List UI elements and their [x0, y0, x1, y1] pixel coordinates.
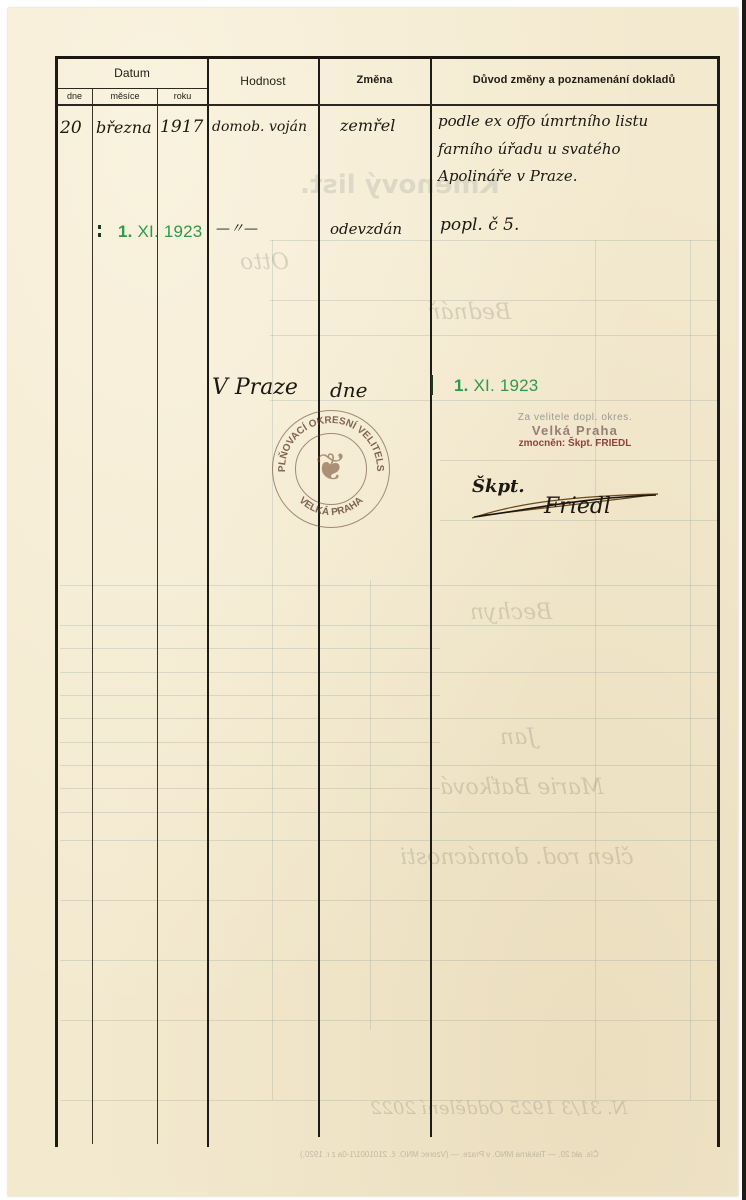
divider-zmena-duvod: [430, 57, 432, 1137]
row1-mesice: března: [96, 118, 152, 137]
officer-stamp-line2: Velká Praha: [500, 423, 650, 438]
closing-dne: dne: [330, 378, 368, 402]
row2-duvod: popl. č 5.: [440, 215, 519, 235]
stamp-day: 1.: [118, 222, 133, 241]
table-right-border: [717, 57, 720, 1147]
officer-stamp-line1: Za velitele dopl. okres.: [500, 412, 650, 423]
stamp-mark: [98, 225, 101, 229]
stamp-mark: [431, 375, 433, 395]
row2-zmena: odevzdán: [330, 220, 402, 238]
stamp-month: XI.: [138, 222, 159, 241]
stamp-month: XI.: [474, 376, 495, 395]
row1-duvod-line2: farního úřadu u svatého: [438, 140, 621, 158]
datum-subheader-divider: [57, 88, 207, 89]
divider-roku-hodnost: [207, 57, 209, 1147]
stamp-mark: [98, 233, 101, 237]
stamp-year: 1923: [164, 222, 203, 241]
header-duvod: Důvod změny a poznamenání dokladů: [431, 74, 717, 86]
lion-emblem-icon: ❦: [303, 439, 359, 497]
official-seal: DOPLŇOVACÍ OKRESNÍ VELITELSTVÍ VELKÁ PRA…: [272, 410, 390, 528]
header-roku: roku: [158, 91, 207, 101]
divider-dne-mesice: [92, 88, 93, 1144]
header-bottom-border: [57, 104, 718, 106]
stamp-year: 1923: [500, 376, 539, 395]
scan-edge: [742, 0, 746, 1200]
row1-duvod-line3: Apolináře v Praze.: [438, 167, 577, 185]
officer-stamp-line3: zmocněn: Škpt. FRIEDL: [500, 438, 650, 449]
header-datum: Datum: [57, 66, 207, 80]
header-hodnost: Hodnost: [208, 74, 318, 88]
table-left-border: [55, 57, 58, 1147]
divider-hodnost-zmena: [318, 57, 320, 1137]
stamp-day: 1.: [454, 376, 469, 395]
closing-date-stamp: 1. XI. 1923: [454, 376, 538, 396]
table-top-border: [55, 56, 720, 59]
row1-hodnost: domob. voján: [212, 119, 307, 135]
row1-roku: 1917: [160, 117, 203, 137]
row1-duvod-line1: podle ex offo úmrtního listu: [438, 112, 648, 130]
signature-name: Friedl: [544, 494, 611, 519]
header-zmena: Změna: [319, 74, 430, 86]
header-mesice: měsíce: [93, 91, 157, 101]
row2-date-stamp: 1. XI. 1923: [118, 222, 202, 242]
header-dne: dne: [57, 91, 92, 101]
row1-dne: 20: [60, 118, 82, 138]
row1-zmena: zemřel: [340, 116, 395, 135]
closing-place: V Praze: [212, 375, 298, 400]
divider-mesice-roku: [157, 88, 158, 1144]
officer-stamp: Za velitele dopl. okres. Velká Praha zmo…: [500, 412, 650, 449]
row2-hodnost-ditto: —〃—: [216, 218, 258, 238]
